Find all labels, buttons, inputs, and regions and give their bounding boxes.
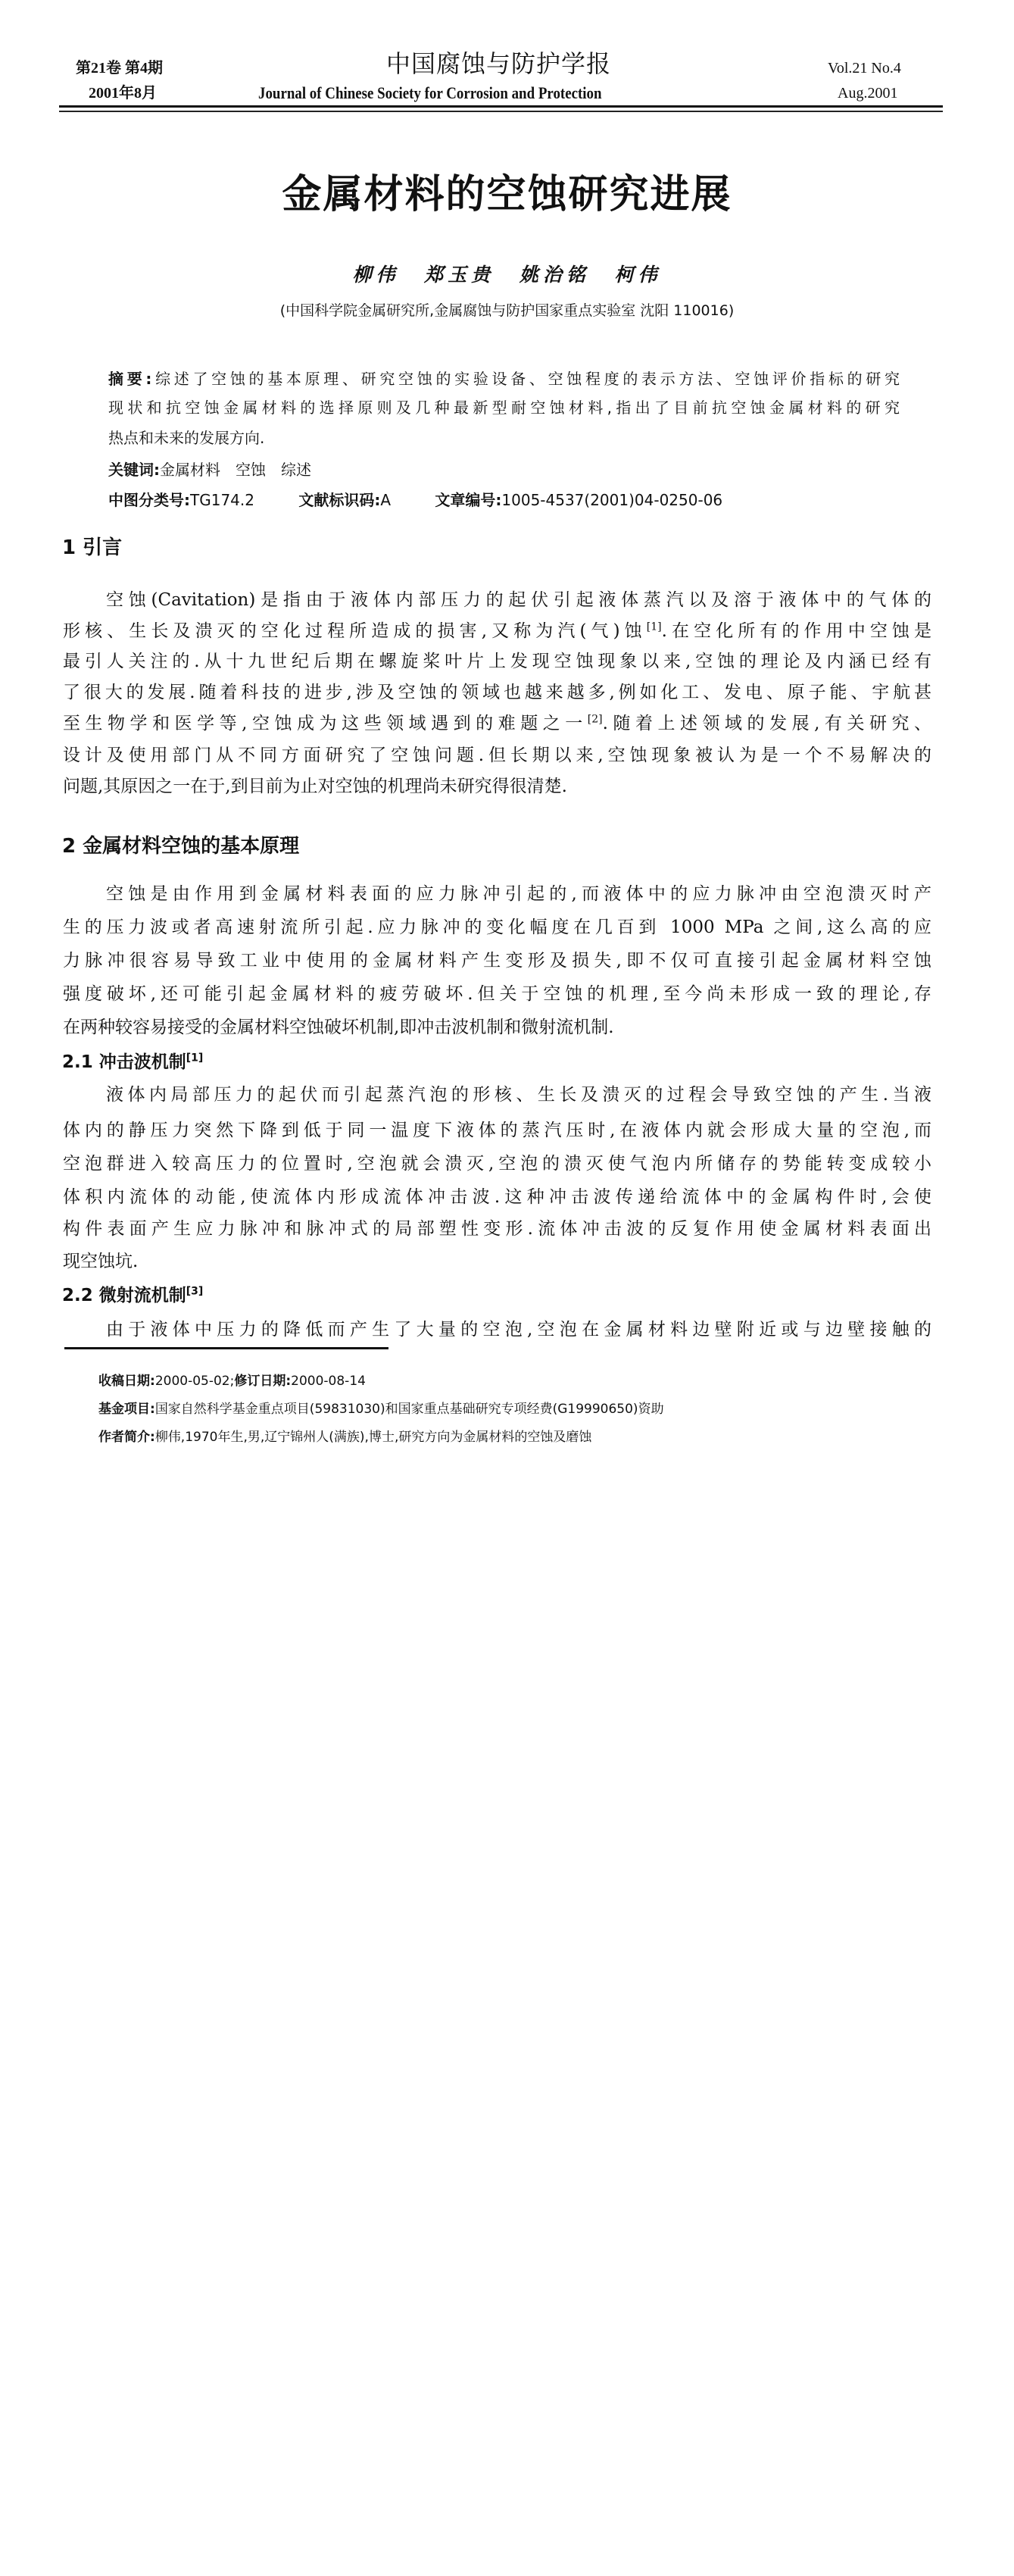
line-text: .在空化所有的作用中空蚀是 xyxy=(662,621,931,641)
subsection-heading-shockwave: 2.1 冲击波机制[1] xyxy=(62,1052,203,1073)
article-id: 文章编号:1005-4537(2001)04-0250-06 xyxy=(435,491,722,509)
citation-ref: [2] xyxy=(588,713,603,725)
paragraph-line: 至生物学和医学等,空蚀成为这些领域遇到的难题之一[2].随着上述领域的发展,有关… xyxy=(63,713,931,734)
paragraph-line: 体内的静压力突然下降到低于同一温度下液体的蒸汽压时,在液体内就会形成大量的空泡,… xyxy=(63,1120,931,1141)
footnote-rule xyxy=(64,1347,388,1349)
paragraph-line: 设计及使用部门从不同方面研究了空蚀问题.但长期以来,空蚀现象被认为是一个不易解决… xyxy=(63,745,931,766)
abstract-label: 摘要: xyxy=(108,370,151,388)
paragraph-line: 强度破坏,还可能引起金属材料的疲劳破坏.但关于空蚀的机理,至今尚未形成一致的理论… xyxy=(63,983,931,1005)
line-text: 至生物学和医学等,空蚀成为这些领域遇到的难题之一 xyxy=(63,714,588,733)
footnote-fund: 基金项目:国家自然科学基金重点项目(59831030)和国家重点基础研究专项经费… xyxy=(98,1401,664,1418)
header-rule-thick xyxy=(59,105,943,108)
citation-ref: [3] xyxy=(186,1285,204,1297)
footnote-dates: 收稿日期:2000-05-02;修订日期:2000-08-14 xyxy=(98,1373,366,1390)
footnote-author-bio: 作者简介:柳伟,1970年生,男,辽宁锦州人(满族),博士,研究方向为金属材料的… xyxy=(98,1429,591,1446)
article-affiliation: (中国科学院金属研究所,金属腐蚀与防护国家重点实验室 沈阳 110016) xyxy=(0,302,1014,320)
revised-label: 修订日期: xyxy=(234,1374,291,1389)
issue-date-en: Aug.2001 xyxy=(838,84,897,102)
citation-ref: [1] xyxy=(647,621,662,633)
journal-title-cn: 中国腐蚀与防护学报 xyxy=(386,50,611,77)
keywords-value: 金属材料 空蚀 综述 xyxy=(160,461,311,479)
paragraph-line: 生的压力波或者高速射流所引起.应力脉冲的变化幅度在几百到 1000 MPa 之间… xyxy=(63,917,931,938)
bio-text: 柳伟,1970年生,男,辽宁锦州人(满族),博士,研究方向为金属材料的空蚀及磨蚀 xyxy=(155,1430,592,1445)
fund-label: 基金项目: xyxy=(98,1402,155,1417)
abstract-line: 现状和抗空蚀金属材料的选择原则及几种最新型耐空蚀材料,指出了目前抗空蚀金属材料的… xyxy=(108,399,900,417)
abstract-line: 摘要:综述了空蚀的基本原理、研究空蚀的实验设备、空蚀程度的表示方法、空蚀评价指标… xyxy=(108,370,900,388)
heading-text: 2.1 冲击波机制 xyxy=(62,1052,186,1072)
article-id-label: 文章编号: xyxy=(435,491,501,509)
clc-label: 中图分类号: xyxy=(108,491,190,509)
paragraph-line: 空泡群进入较高压力的位置时,空泡就会溃灭,空泡的溃灭使气泡内所储存的势能转变成较… xyxy=(63,1153,931,1174)
paragraph-line: 液体内局部压力的起伏而引起蒸汽泡的形核、生长及溃灭的过程会导致空蚀的产生.当液 xyxy=(106,1084,931,1105)
article-id-value: 1005-4537(2001)04-0250-06 xyxy=(501,491,722,509)
paragraph-line: 体积内流体的动能,使流体内形成流体冲击波.这种冲击波传递给流体中的金属构件时,会… xyxy=(63,1186,931,1208)
citation-ref: [1] xyxy=(186,1052,204,1064)
received-date: 2000-05-02; xyxy=(155,1374,235,1389)
line-text: .随着上述领域的发展,有关研究、 xyxy=(603,714,931,733)
document-code-label: 文献标识码: xyxy=(298,491,380,509)
section-heading-introduction: 1 引言 xyxy=(62,536,122,559)
classification-row: 中图分类号:TG174.2 文献标识码:A 文章编号:1005-4537(200… xyxy=(108,491,900,509)
paragraph-line: 问题,其原因之一在于,到目前为止对空蚀的机理尚未研究得很清楚. xyxy=(63,776,931,797)
volume-issue-en: Vol.21 No.4 xyxy=(828,59,901,77)
line-text: 形核、生长及溃灭的空化过程所造成的损害,又称为汽(气)蚀 xyxy=(63,621,647,641)
keywords: 关键词:金属材料 空蚀 综述 xyxy=(108,461,900,479)
header-rule-thin xyxy=(59,111,943,112)
bio-label: 作者简介: xyxy=(98,1430,155,1445)
heading-text: 2.2 微射流机制 xyxy=(62,1286,186,1305)
clc-number: 中图分类号:TG174.2 xyxy=(108,491,254,509)
paragraph-line: 空蚀(Cavitation)是指由于液体内部压力的起伏引起液体蒸汽以及溶于液体中… xyxy=(106,589,931,611)
paragraph-line: 构件表面产生应力脉冲和脉冲式的局部塑性变形.流体冲击波的反复作用使金属材料表面出 xyxy=(63,1218,931,1240)
paragraph-line: 由于液体中压力的降低而产生了大量的空泡,空泡在金属材料边壁附近或与边壁接触的 xyxy=(106,1319,931,1340)
volume-issue-cn: 第21卷 第4期 xyxy=(76,59,163,77)
paragraph-line: 最引人关注的.从十九世纪后期在螺旋桨叶片上发现空蚀现象以来,空蚀的理论及内涵已经… xyxy=(63,651,931,672)
document-code: 文献标识码:A xyxy=(298,491,391,509)
paragraph-line: 在两种较容易接受的金属材料空蚀破坏机制,即冲击波机制和微射流机制. xyxy=(63,1017,931,1038)
paragraph-line: 力脉冲很容易导致工业中使用的金属材料产生变形及损失,即不仅可直接引起金属材料空蚀 xyxy=(63,950,931,971)
document-code-value: A xyxy=(380,491,391,509)
article-title: 金属材料的空蚀研究进展 xyxy=(0,173,1014,217)
paragraph-line: 了很大的发展.随着科技的进步,涉及空蚀的领域也越来越多,例如化工、发电、原子能、… xyxy=(63,682,931,703)
received-label: 收稿日期: xyxy=(98,1374,155,1389)
subsection-heading-microjet: 2.2 微射流机制[3] xyxy=(62,1285,203,1306)
clc-value: TG174.2 xyxy=(190,491,254,509)
paragraph-line: 空蚀是由作用到金属材料表面的应力脉冲引起的,而液体中的应力脉冲由空泡溃灭时产 xyxy=(106,883,931,905)
article-authors: 柳伟 郑玉贵 姚治铭 柯伟 xyxy=(0,264,1014,286)
paragraph-line: 形核、生长及溃灭的空化过程所造成的损害,又称为汽(气)蚀[1].在空化所有的作用… xyxy=(63,621,931,642)
abstract-text: 综述了空蚀的基本原理、研究空蚀的实验设备、空蚀程度的表示方法、空蚀评价指标的研究 xyxy=(151,370,900,388)
paragraph-line: 现空蚀坑. xyxy=(63,1251,931,1272)
fund-text: 国家自然科学基金重点项目(59831030)和国家重点基础研究专项经费(G199… xyxy=(155,1402,664,1417)
journal-title-en: Journal of Chinese Society for Corrosion… xyxy=(258,83,602,103)
revised-date: 2000-08-14 xyxy=(291,1374,366,1389)
abstract-line: 热点和未来的发展方向. xyxy=(108,429,900,447)
keywords-label: 关键词: xyxy=(108,461,160,479)
section-heading-principles: 2 金属材料空蚀的基本原理 xyxy=(62,835,299,858)
issue-date-cn: 2001年8月 xyxy=(89,84,157,102)
